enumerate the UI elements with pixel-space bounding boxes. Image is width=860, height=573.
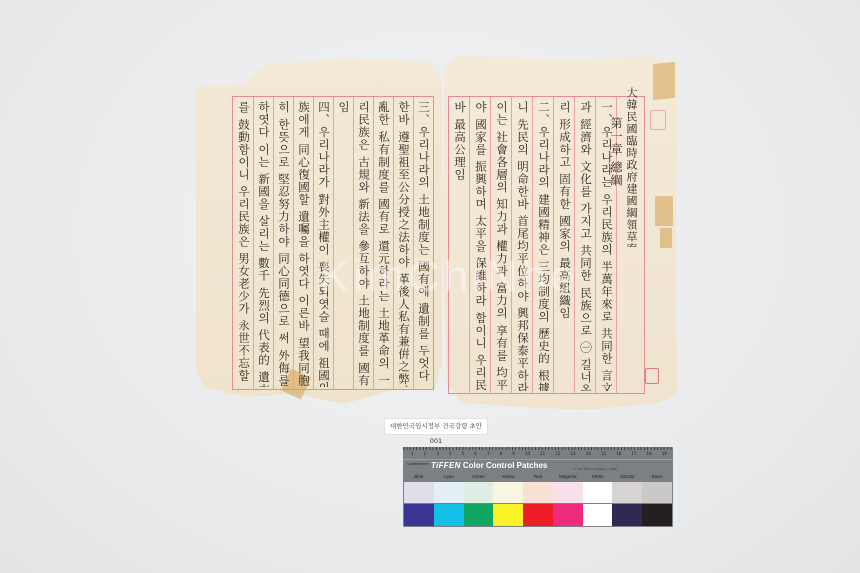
chart-title-text: Color Control Patches xyxy=(463,461,547,470)
patch-label: Yellow xyxy=(493,474,523,481)
ruler-number: 6 xyxy=(474,451,477,456)
ruler-number: 16 xyxy=(616,451,621,456)
manuscript-column: 리民族은 古規와 新法을 參互하야 土地制度를 國有로 確定할것 xyxy=(357,101,370,387)
patch-label: Black xyxy=(642,474,672,481)
color-patch-cyan xyxy=(434,504,464,526)
tape-stain xyxy=(660,228,672,248)
manuscript-column: 이는 社會各層의 知力과 權力과 富力의 享有를 均平하게 하 xyxy=(495,101,508,391)
ruler-number: 12 xyxy=(555,451,560,456)
ruled-frame-right: 바 最高公理임 야 國家를 振興하며 太平을 保維하라 함이니 우리民族이 직힐… xyxy=(448,96,645,394)
manuscript-column: 族에게 同心復國할 遺囑을 하엿다 이른바 望我同胞는 永遠 xyxy=(297,101,310,387)
ruler-number: 2 xyxy=(424,451,427,456)
ruler-number: 7 xyxy=(487,451,490,456)
manuscript-column: 二、우리나라의 建國精神은 三均制度의 歷史的 根據를 두엇스 xyxy=(537,101,550,391)
color-patch-yellow xyxy=(493,504,523,526)
manuscript-column: 야 國家를 振興하며 太平을 保維하라 함이니 우리民族이 직힐 xyxy=(474,101,487,391)
ruler-number: 19 xyxy=(662,451,667,456)
patch-label: Cyan xyxy=(434,474,464,481)
ruled-frame-left: 를 鼓動함이니 우리民族은 男女老少가 永世不忘할 것임 하엿다 이는 新國을 … xyxy=(232,96,434,390)
ruler-number: 8 xyxy=(500,451,503,456)
ruler-unit-label: Centimeters xyxy=(407,462,429,466)
light-patch-row xyxy=(404,482,672,503)
patch-label: Blue xyxy=(404,474,434,481)
brand-logo: TiFFEN xyxy=(431,461,461,470)
manuscript-column: 三、우리나라의 土地制度는 國有에 遺制를 두엇다 先賢의 痛論 xyxy=(417,101,430,387)
color-patch-white-light xyxy=(583,482,613,503)
document-title: 大韓民國臨時政府建國綱領草案 xyxy=(625,87,638,247)
ruler-number: 18 xyxy=(647,451,652,456)
manuscript-column: 바 最高公理임 xyxy=(453,101,466,391)
color-patch-green xyxy=(464,504,494,526)
red-seal-stamp xyxy=(650,110,666,130)
manuscript-column: 히 한뜻으로 堅忍努力하야 同心同德으로 써 外侮를 抵禦하야 獨立自由를 xyxy=(277,101,290,387)
manuscript-column: 亂한 私有制度를 國有로 還元하라는 土地革命의 一種宣言이라 우 xyxy=(377,101,390,387)
color-patch-yellow-light xyxy=(493,482,523,503)
ruler-number: 3 xyxy=(436,451,439,456)
patch-label: White xyxy=(583,474,613,481)
color-patch-3color xyxy=(612,504,642,526)
ruler-number: 10 xyxy=(525,451,530,456)
manuscript-column: 임 xyxy=(337,101,350,131)
manuscript-column: 하엿다 이는 新國을 살리는 數千 先烈의 代表的 遺志로 民族正氣 xyxy=(257,101,270,387)
manuscript-column: 四、우리나라가 對外主權이 喪失되엿슬 때에 祖國의 先烈은 우리民 xyxy=(317,101,330,387)
color-patch-red-light xyxy=(523,482,553,503)
color-patch-white xyxy=(583,504,613,526)
color-patch-black xyxy=(642,504,672,526)
color-patch-3color-light xyxy=(612,482,642,503)
ruler-number: 13 xyxy=(571,451,576,456)
manuscript-column: 과 經濟와 文化를 가지고 共同한 民族으로 ㊀ 길너온 우리끼 xyxy=(579,101,592,391)
ruler-number: 9 xyxy=(512,451,515,456)
ruler-number: 11 xyxy=(540,451,545,456)
patch-label: Magenta xyxy=(553,474,583,481)
manuscript-column: 한바 遵聖祖至公分授之法하야 革後人私有兼倂之弊라 하니 이는 紊 xyxy=(397,101,410,387)
color-control-chart: 1 2 3 4 5 6 7 8 9 10 11 12 13 14 15 16 1… xyxy=(403,447,673,527)
tape-stain xyxy=(655,196,673,226)
color-patch-cyan-light xyxy=(434,482,464,503)
copyright-note: © The Tiffen Company, 2000 xyxy=(573,467,617,471)
patch-label: 3/Color xyxy=(612,474,642,481)
patch-label: Green xyxy=(464,474,494,481)
patch-label: Red xyxy=(523,474,553,481)
manuscript-column: 를 鼓動함이니 우리民族은 男女老少가 永世不忘할 것임 xyxy=(237,101,250,387)
manuscript-column: 니 先民의 明命한바 首尾均平位하야 興邦保泰平하라 하얏 xyxy=(516,101,529,391)
ruler-number: 1 xyxy=(411,451,414,456)
red-seal-stamp xyxy=(645,368,659,384)
ruler-numbers: 1 2 3 4 5 6 7 8 9 10 11 12 13 14 15 16 1… xyxy=(411,451,667,456)
chart-title: TiFFEN Color Control Patches xyxy=(431,461,547,470)
dark-patch-row xyxy=(404,504,672,526)
ruler-number: 4 xyxy=(449,451,452,456)
chapter-heading: 第一章 總綱 xyxy=(609,117,622,207)
color-patch-blue xyxy=(404,504,434,526)
ruler-number: 15 xyxy=(601,451,606,456)
color-patch-black-light xyxy=(642,482,672,503)
ruler-number: 14 xyxy=(586,451,591,456)
color-patch-blue-light xyxy=(404,482,434,503)
color-patch-green-light xyxy=(464,482,494,503)
watermark: KimChiNhe xyxy=(320,252,579,302)
document-caption-label: 대한민국임시정부 건국강령 초안 001 xyxy=(384,418,488,435)
tape-stain xyxy=(653,62,675,100)
color-patch-magenta-light xyxy=(553,482,583,503)
ruler-number: 5 xyxy=(462,451,465,456)
color-patch-magenta xyxy=(553,504,583,526)
color-patch-red xyxy=(523,504,553,526)
manuscript-column: 리 形成하고 固有한 國家의 最高組織임 xyxy=(558,101,571,391)
patch-labels: Blue Cyan Green Yellow Red Magenta White… xyxy=(404,474,672,481)
ruler-number: 17 xyxy=(631,451,636,456)
